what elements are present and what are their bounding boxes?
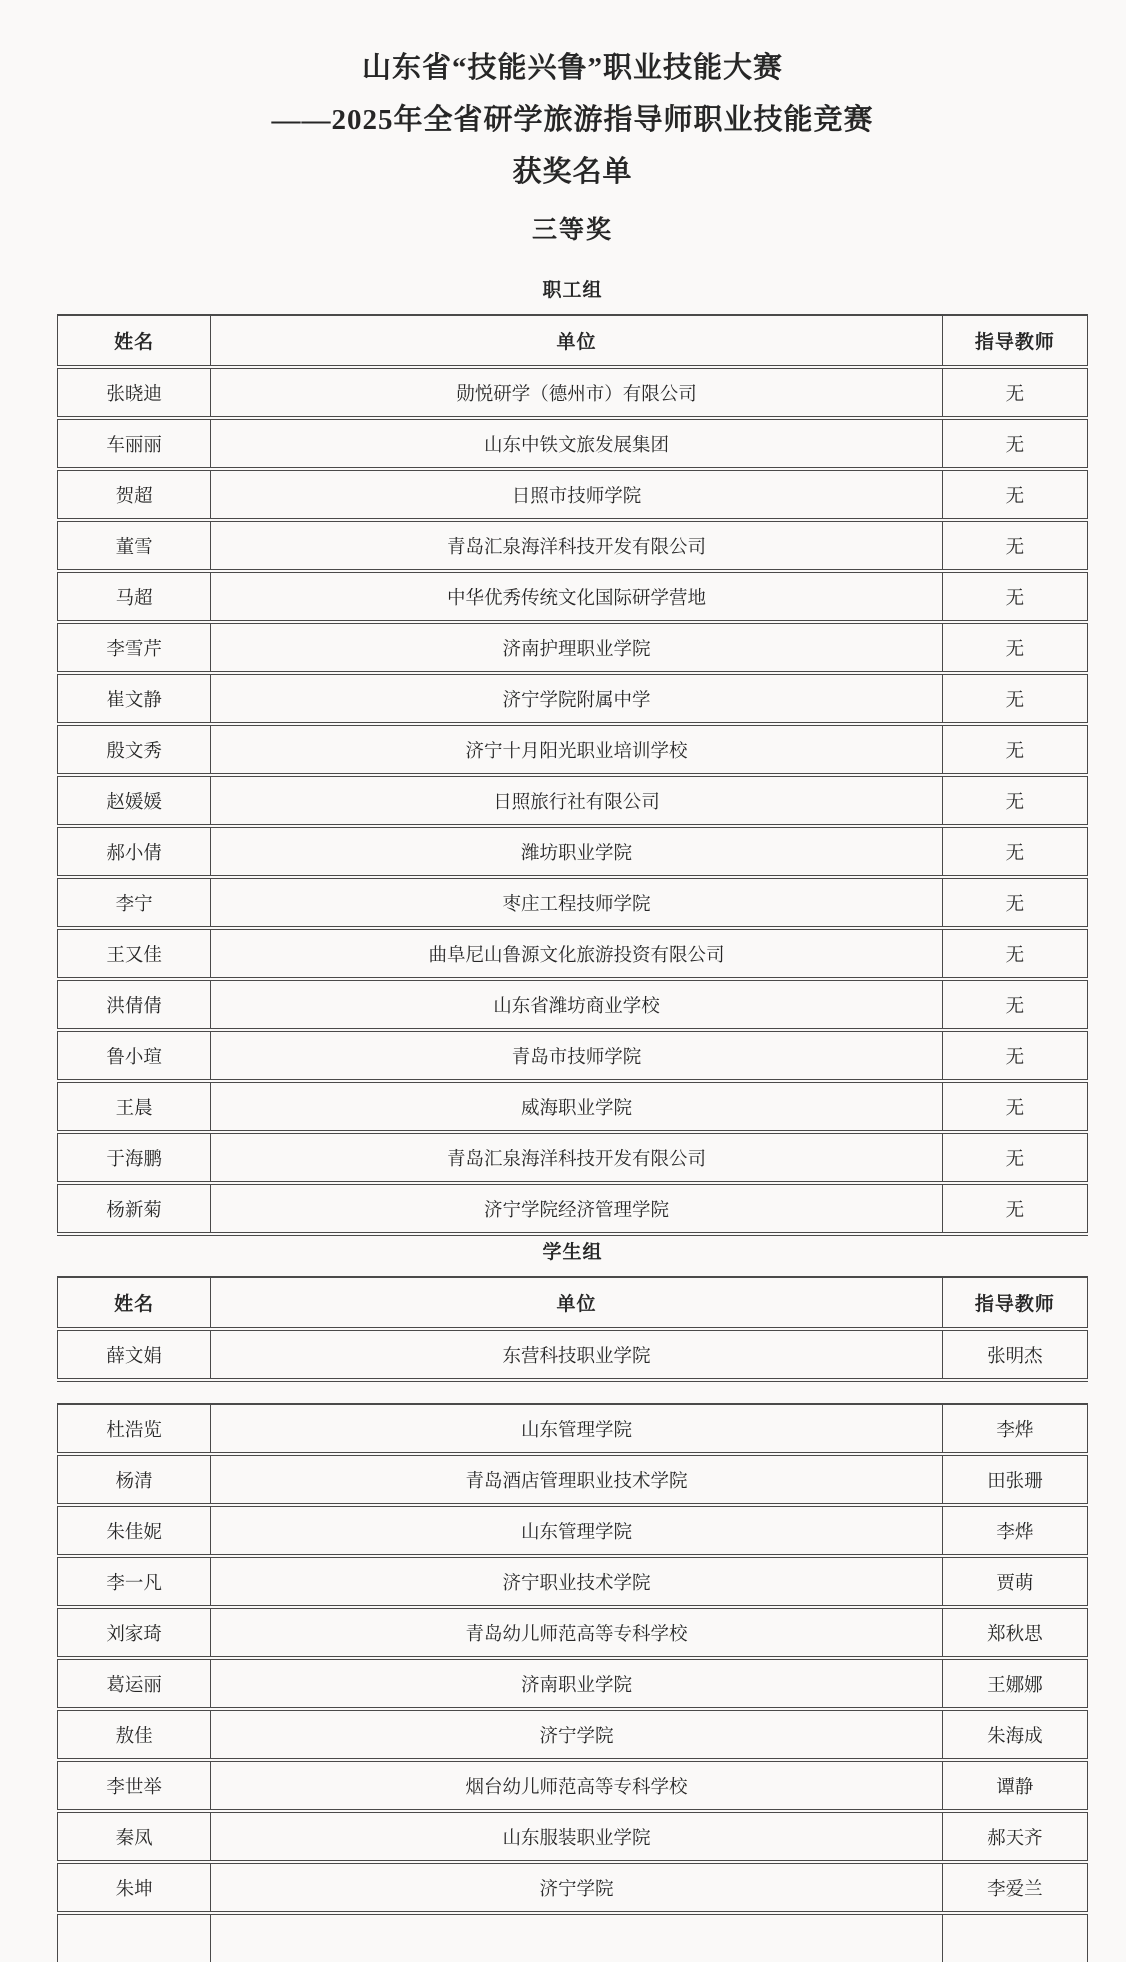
table-row: 敖佳济宁学院朱海成 [58,1709,1088,1760]
advisor-cell: 无 [942,826,1087,877]
name-cell [58,1913,211,1962]
unit-cell: 济宁学院经济管理学院 [211,1183,942,1234]
table-row: 杨新菊济宁学院经济管理学院无 [58,1183,1088,1234]
table-row: 王又佳曲阜尼山鲁源文化旅游投资有限公司无 [58,928,1088,979]
unit-cell: 济宁十月阳光职业培训学校 [211,724,942,775]
title-line-2: ——2025年全省研学旅游指导师职业技能竞赛 [57,94,1088,146]
table-row: 李宁枣庄工程技师学院无 [58,877,1088,928]
unit-cell: 济南护理职业学院 [211,622,942,673]
table-row: 赵媛媛日照旅行社有限公司无 [58,775,1088,826]
table-row: 李一凡济宁职业技术学院贾萌 [58,1556,1088,1607]
column-header-advisor: 指导教师 [942,1277,1087,1329]
table-row: 董雪青岛汇泉海洋科技开发有限公司无 [58,520,1088,571]
unit-cell: 济宁学院附属中学 [211,673,942,724]
advisor-cell: 无 [942,1132,1087,1183]
advisor-cell: 无 [942,469,1087,520]
advisor-cell: 无 [942,928,1087,979]
table-row: 崔文静济宁学院附属中学无 [58,673,1088,724]
name-cell: 李一凡 [58,1556,211,1607]
name-cell: 王又佳 [58,928,211,979]
unit-cell: 青岛市技师学院 [211,1030,942,1081]
advisor-cell: 无 [942,622,1087,673]
name-cell: 薛文娟 [58,1329,211,1380]
advisor-cell: 无 [942,673,1087,724]
title-line-3: 获奖名单 [57,146,1088,198]
unit-cell: 威海职业学院 [211,1081,942,1132]
staff-group-table: 姓名单位指导教师张晓迪勋悦研学（德州市）有限公司无车丽丽山东中铁文旅发展集团无贺… [57,314,1088,1236]
table-row: 鲁小瑄青岛市技师学院无 [58,1030,1088,1081]
table-row: 车丽丽山东中铁文旅发展集团无 [58,418,1088,469]
table-row: 杜浩览山东管理学院李烨 [58,1404,1088,1454]
unit-cell: 山东服装职业学院 [211,1811,942,1862]
advisor-cell: 无 [942,520,1087,571]
name-cell: 葛运丽 [58,1658,211,1709]
unit-cell: 青岛汇泉海洋科技开发有限公司 [211,520,942,571]
name-cell: 郝小倩 [58,826,211,877]
advisor-cell: 郝天齐 [942,1811,1087,1862]
advisor-cell: 李烨 [942,1505,1087,1556]
table-row: 郝小倩潍坊职业学院无 [58,826,1088,877]
column-header-name: 姓名 [58,315,211,367]
advisor-cell: 无 [942,724,1087,775]
table-row: 李雪芹济南护理职业学院无 [58,622,1088,673]
advisor-cell: 谭静 [942,1760,1087,1811]
unit-cell: 青岛酒店管理职业技术学院 [211,1454,942,1505]
name-cell: 赵媛媛 [58,775,211,826]
advisor-cell: 朱海成 [942,1709,1087,1760]
name-cell: 贺超 [58,469,211,520]
table-row: 于海鹏青岛汇泉海洋科技开发有限公司无 [58,1132,1088,1183]
name-cell: 车丽丽 [58,418,211,469]
name-cell: 朱佳妮 [58,1505,211,1556]
name-cell: 杨清 [58,1454,211,1505]
advisor-cell: 无 [942,979,1087,1030]
document-page: 山东省“技能兴鲁”职业技能大赛 ——2025年全省研学旅游指导师职业技能竞赛 获… [0,0,1126,1962]
student-group-label: 学生组 [57,1238,1088,1268]
name-cell: 洪倩倩 [58,979,211,1030]
student-group-table-continued: 杜浩览山东管理学院李烨杨清青岛酒店管理职业技术学院田张珊朱佳妮山东管理学院李烨李… [57,1403,1088,1962]
header-row: 姓名单位指导教师 [58,315,1088,367]
column-header-name: 姓名 [58,1277,211,1329]
unit-cell: 枣庄工程技师学院 [211,877,942,928]
unit-cell: 日照市技师学院 [211,469,942,520]
column-header-advisor: 指导教师 [942,315,1087,367]
name-cell: 李宁 [58,877,211,928]
unit-cell: 济宁学院 [211,1709,942,1760]
advisor-cell: 无 [942,1183,1087,1234]
unit-cell [211,1913,942,1962]
table-row: 贺超日照市技师学院无 [58,469,1088,520]
table-row: 杨清青岛酒店管理职业技术学院田张珊 [58,1454,1088,1505]
header-row: 姓名单位指导教师 [58,1277,1088,1329]
column-header-unit: 单位 [211,1277,942,1329]
table-row: 秦凤山东服装职业学院郝天齐 [58,1811,1088,1862]
advisor-cell: 无 [942,1030,1087,1081]
name-cell: 董雪 [58,520,211,571]
name-cell: 刘家琦 [58,1607,211,1658]
unit-cell: 东营科技职业学院 [211,1329,942,1380]
name-cell: 马超 [58,571,211,622]
name-cell: 殷文秀 [58,724,211,775]
table-row [58,1913,1088,1962]
name-cell: 杜浩览 [58,1404,211,1454]
table-row: 朱佳妮山东管理学院李烨 [58,1505,1088,1556]
column-header-unit: 单位 [211,315,942,367]
unit-cell: 山东管理学院 [211,1505,942,1556]
advisor-cell: 无 [942,1081,1087,1132]
unit-cell: 烟台幼儿师范高等专科学校 [211,1760,942,1811]
student-group-table-first: 姓名单位指导教师薛文娟东营科技职业学院张明杰 [57,1276,1088,1382]
unit-cell: 济宁学院 [211,1862,942,1913]
unit-cell: 济南职业学院 [211,1658,942,1709]
name-cell: 朱坤 [58,1862,211,1913]
name-cell: 崔文静 [58,673,211,724]
table-row: 朱坤济宁学院李爱兰 [58,1862,1088,1913]
table-row: 殷文秀济宁十月阳光职业培训学校无 [58,724,1088,775]
advisor-cell: 张明杰 [942,1329,1087,1380]
table-row: 李世举烟台幼儿师范高等专科学校谭静 [58,1760,1088,1811]
table-row: 洪倩倩山东省潍坊商业学校无 [58,979,1088,1030]
name-cell: 张晓迪 [58,367,211,418]
advisor-cell: 无 [942,571,1087,622]
unit-cell: 山东管理学院 [211,1404,942,1454]
name-cell: 杨新菊 [58,1183,211,1234]
unit-cell: 勋悦研学（德州市）有限公司 [211,367,942,418]
unit-cell: 潍坊职业学院 [211,826,942,877]
advisor-cell: 王娜娜 [942,1658,1087,1709]
advisor-cell: 贾萌 [942,1556,1087,1607]
unit-cell: 山东省潍坊商业学校 [211,979,942,1030]
unit-cell: 中华优秀传统文化国际研学营地 [211,571,942,622]
name-cell: 鲁小瑄 [58,1030,211,1081]
staff-group-label: 职工组 [57,276,1088,306]
unit-cell: 山东中铁文旅发展集团 [211,418,942,469]
unit-cell: 曲阜尼山鲁源文化旅游投资有限公司 [211,928,942,979]
advisor-cell: 无 [942,367,1087,418]
table-row: 王晨威海职业学院无 [58,1081,1088,1132]
table-row: 刘家琦青岛幼儿师范高等专科学校郑秋思 [58,1607,1088,1658]
advisor-cell: 无 [942,418,1087,469]
name-cell: 李雪芹 [58,622,211,673]
advisor-cell: 无 [942,775,1087,826]
document-title-block: 山东省“技能兴鲁”职业技能大赛 ——2025年全省研学旅游指导师职业技能竞赛 获… [57,0,1088,198]
table-row: 张晓迪勋悦研学（德州市）有限公司无 [58,367,1088,418]
name-cell: 于海鹏 [58,1132,211,1183]
advisor-cell: 无 [942,877,1087,928]
unit-cell: 济宁职业技术学院 [211,1556,942,1607]
name-cell: 李世举 [58,1760,211,1811]
advisor-cell: 李爱兰 [942,1862,1087,1913]
title-line-1: 山东省“技能兴鲁”职业技能大赛 [57,42,1088,94]
table-row: 马超中华优秀传统文化国际研学营地无 [58,571,1088,622]
table-row: 薛文娟东营科技职业学院张明杰 [58,1329,1088,1380]
advisor-cell: 田张珊 [942,1454,1087,1505]
advisor-cell: 郑秋思 [942,1607,1087,1658]
advisor-cell [942,1913,1087,1962]
unit-cell: 青岛汇泉海洋科技开发有限公司 [211,1132,942,1183]
unit-cell: 日照旅行社有限公司 [211,775,942,826]
name-cell: 王晨 [58,1081,211,1132]
advisor-cell: 李烨 [942,1404,1087,1454]
unit-cell: 青岛幼儿师范高等专科学校 [211,1607,942,1658]
award-level-heading: 三等奖 [57,212,1088,250]
name-cell: 敖佳 [58,1709,211,1760]
table-row: 葛运丽济南职业学院王娜娜 [58,1658,1088,1709]
name-cell: 秦凤 [58,1811,211,1862]
